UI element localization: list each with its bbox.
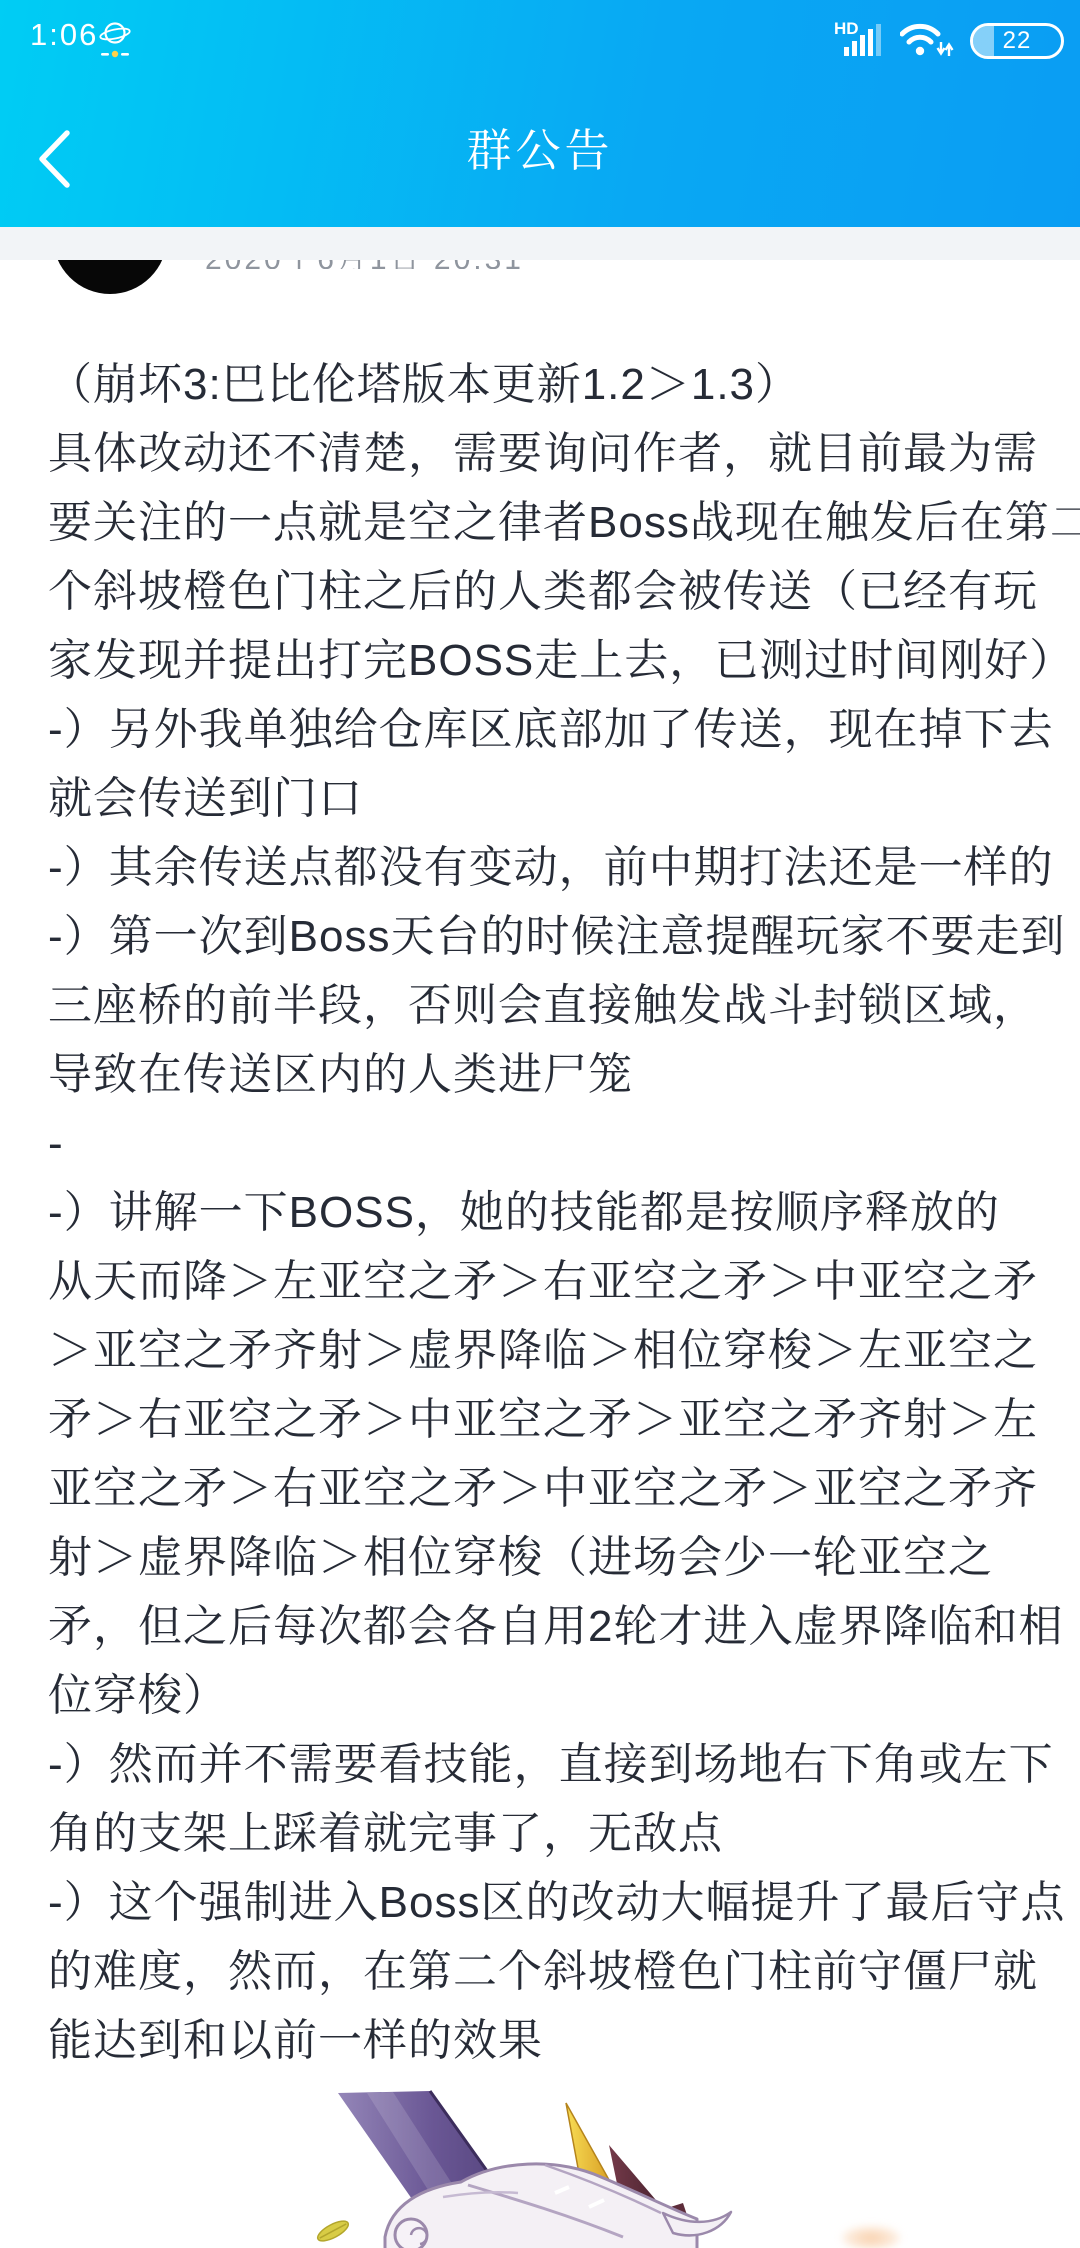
announcement-line: -）第一次到Boss天台的时候注意提醒玩家不要走到 [0,902,1080,971]
announcement-line: 能达到和以前一样的效果 [0,2006,1080,2075]
anime-illustration [293,2085,823,2248]
wifi-icon [900,19,954,59]
card-top-strip [0,227,1080,260]
announcement-line: 射＞虚界降临＞相位穿梭（进场会少一轮亚空之 [0,1523,1080,1592]
announcement-line: -）这个强制进入Boss区的改动大幅提升了最后守点 [0,1868,1080,1937]
signal-icon: HD [834,19,884,59]
announcement-line: 矛＞右亚空之矛＞中亚空之矛＞亚空之矛齐射＞左 [0,1385,1080,1454]
status-bar: 1:06 HD [0,0,1080,70]
nav-bar: 群公告 [0,118,1080,198]
screen: 2020 | 6月1日 20:31 1:06 HD [0,0,1080,2248]
announcement-line: - [0,1109,1080,1178]
status-time: 1:06 [30,17,98,53]
announcement-line: 位穿梭） [0,1661,1080,1730]
hd-label: HD [834,19,859,38]
announcement-line: -）另外我单独给仓库区底部加了传送，现在掉下去 [0,695,1080,764]
announcement-line: ＞亚空之矛齐射＞虚界降临＞相位穿梭＞左亚空之 [0,1316,1080,1385]
announcement-line: 个斜坡橙色门柱之后的人类都会被传送（已经有玩 [0,557,1080,626]
announcement-line: 从天而降＞左亚空之矛＞右亚空之矛＞中亚空之矛 [0,1247,1080,1316]
announcement-line: 三座桥的前半段，否则会直接触发战斗封锁区域， [0,971,1080,1040]
announcement-body[interactable]: （崩坏3:巴比伦塔版本更新1.2＞1.3）具体改动还不清楚，需要询问作者，就目前… [0,350,1080,2075]
battery-fill [973,26,994,56]
status-icons: HD 22 [834,15,1064,59]
announcement-line: 亚空之矛＞右亚空之矛＞中亚空之矛＞亚空之矛齐 [0,1454,1080,1523]
alarm-planet-icon [98,18,134,62]
announcement-line: （崩坏3:巴比伦塔版本更新1.2＞1.3） [0,350,1080,419]
battery-percent: 22 [1003,27,1032,55]
announcement-line: 导致在传送区内的人类进尸笼 [0,1040,1080,1109]
announcement-line: 具体改动还不清楚，需要询问作者，就目前最为需 [0,419,1080,488]
leaf-shape [315,2217,351,2244]
announcement-line: 就会传送到门口 [0,764,1080,833]
announcement-line: -）其余传送点都没有变动，前中期打法还是一样的 [0,833,1080,902]
announcement-line: 矛，但之后每次都会各自用2轮才进入虚界降临和相 [0,1592,1080,1661]
header: 1:06 HD [0,0,1080,227]
battery-indicator: 22 [970,23,1064,59]
announcement-line: 角的支架上踩着就完事了，无敌点 [0,1799,1080,1868]
announcement-line: 家发现并提出打完BOSS走上去，已测过时间刚好） [0,626,1080,695]
announcement-line: 要关注的一点就是空之律者Boss战现在触发后在第二 [0,488,1080,557]
announcement-line: -）然而并不需要看技能，直接到场地右下角或左下 [0,1730,1080,1799]
announcement-line: -）讲解一下BOSS，她的技能都是按顺序释放的 [0,1178,1080,1247]
page-title: 群公告 [0,118,1080,184]
orange-glow [842,2226,900,2248]
announcement-line: 的难度，然而，在第二个斜坡橙色门柱前守僵尸就 [0,1937,1080,2006]
